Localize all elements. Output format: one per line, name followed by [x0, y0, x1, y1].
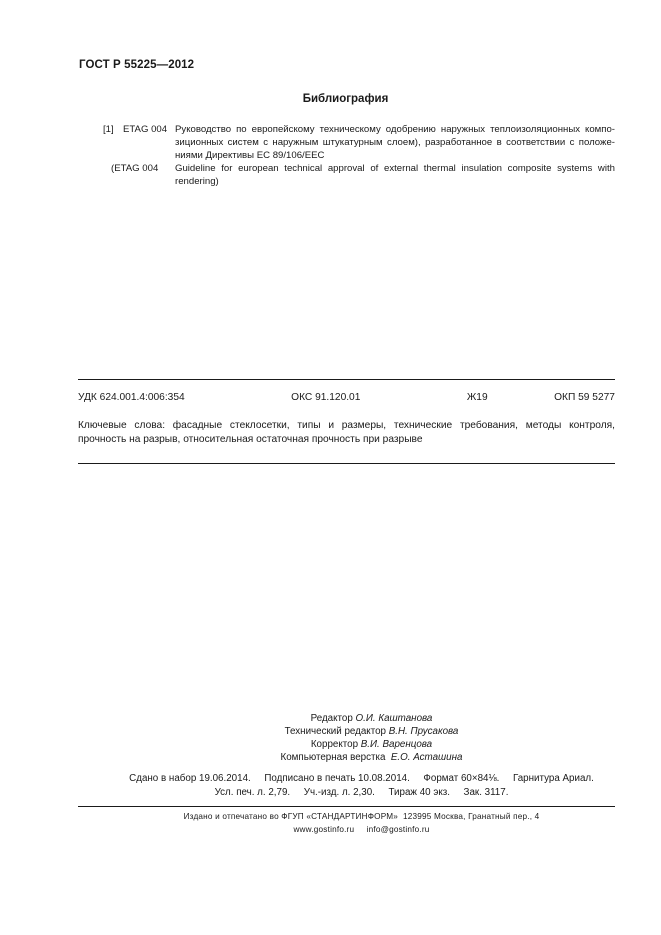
credit-name: Е.О. Асташина: [391, 752, 463, 763]
credit-role: Редактор: [311, 713, 353, 724]
credit-role: Компьютерная верстка: [281, 752, 386, 763]
imprint-line: Сдано в набор 19.06.2014. Подписано в пе…: [62, 772, 661, 786]
credit-name: В.И. Варенцова: [361, 739, 432, 750]
credit-name: В.Н. Прусакова: [389, 726, 459, 737]
entry-text: Руководство по европейскому техническому…: [175, 123, 615, 163]
classification-row: УДК 624.001.4:006:354 ОКС 91.120.01 Ж19 …: [78, 392, 615, 403]
publisher-info: Издано и отпечатано во ФГУП «СТАНДАРТИНФ…: [0, 811, 661, 836]
imprint: Сдано в набор 19.06.2014. Подписано в пе…: [0, 772, 661, 799]
udk-code: УДК 624.001.4:006:354: [78, 392, 185, 403]
keywords-line: Ключевые слова: фасадные стеклосетки, ти…: [78, 419, 615, 433]
standard-code: ГОСТ Р 55225—2012: [79, 59, 194, 71]
keywords-line: прочность на разрыв, относительная остат…: [78, 433, 615, 447]
divider-bottom: [78, 806, 615, 807]
bibliography-title: Библиография: [0, 93, 661, 105]
credits: Редактор О.И. Каштанова Технический реда…: [0, 712, 661, 764]
entry-number: [1]: [103, 123, 114, 136]
credit-name: О.И. Каштанова: [356, 713, 433, 724]
credit-layout: Компьютерная верстка Е.О. Асташина: [82, 751, 661, 764]
publisher-contacts: www.gostinfo.ru info@gostinfo.ru: [62, 824, 661, 837]
publisher-address: Издано и отпечатано во ФГУП «СТАНДАРТИНФ…: [62, 811, 661, 824]
credit-role: Корректор: [311, 739, 358, 750]
entry-translation-code: (ETAG 004: [111, 162, 158, 175]
divider-top: [78, 379, 615, 380]
group-code: Ж19: [467, 392, 488, 403]
credit-role: Технический редактор: [285, 726, 386, 737]
entry-translation-line: rendering): [175, 175, 615, 188]
credit-proofreader: Корректор В.И. Варенцова: [82, 738, 661, 751]
divider-middle: [78, 463, 615, 464]
entry-text-line: зиционных систем с наружным штукатурным …: [175, 136, 615, 149]
oks-code: ОКС 91.120.01: [291, 392, 360, 403]
entry-translation-text: Guideline for european technical approva…: [175, 162, 615, 188]
entry-code: ETAG 004: [123, 123, 167, 136]
entry-translation-line: Guideline for european technical approva…: [175, 162, 615, 175]
okp-code: ОКП 59 5277: [554, 392, 615, 403]
imprint-line: Усл. печ. л. 2,79. Уч.-изд. л. 2,30. Тир…: [62, 786, 661, 800]
entry-text-line: Руководство по европейскому техническому…: [175, 123, 615, 136]
keywords: Ключевые слова: фасадные стеклосетки, ти…: [78, 419, 615, 446]
entry-text-line: ниями Директивы ЕС 89/106/ЕЕС: [175, 149, 615, 162]
credit-tech-editor: Технический редактор В.Н. Прусакова: [82, 725, 661, 738]
credit-editor: Редактор О.И. Каштанова: [82, 712, 661, 725]
